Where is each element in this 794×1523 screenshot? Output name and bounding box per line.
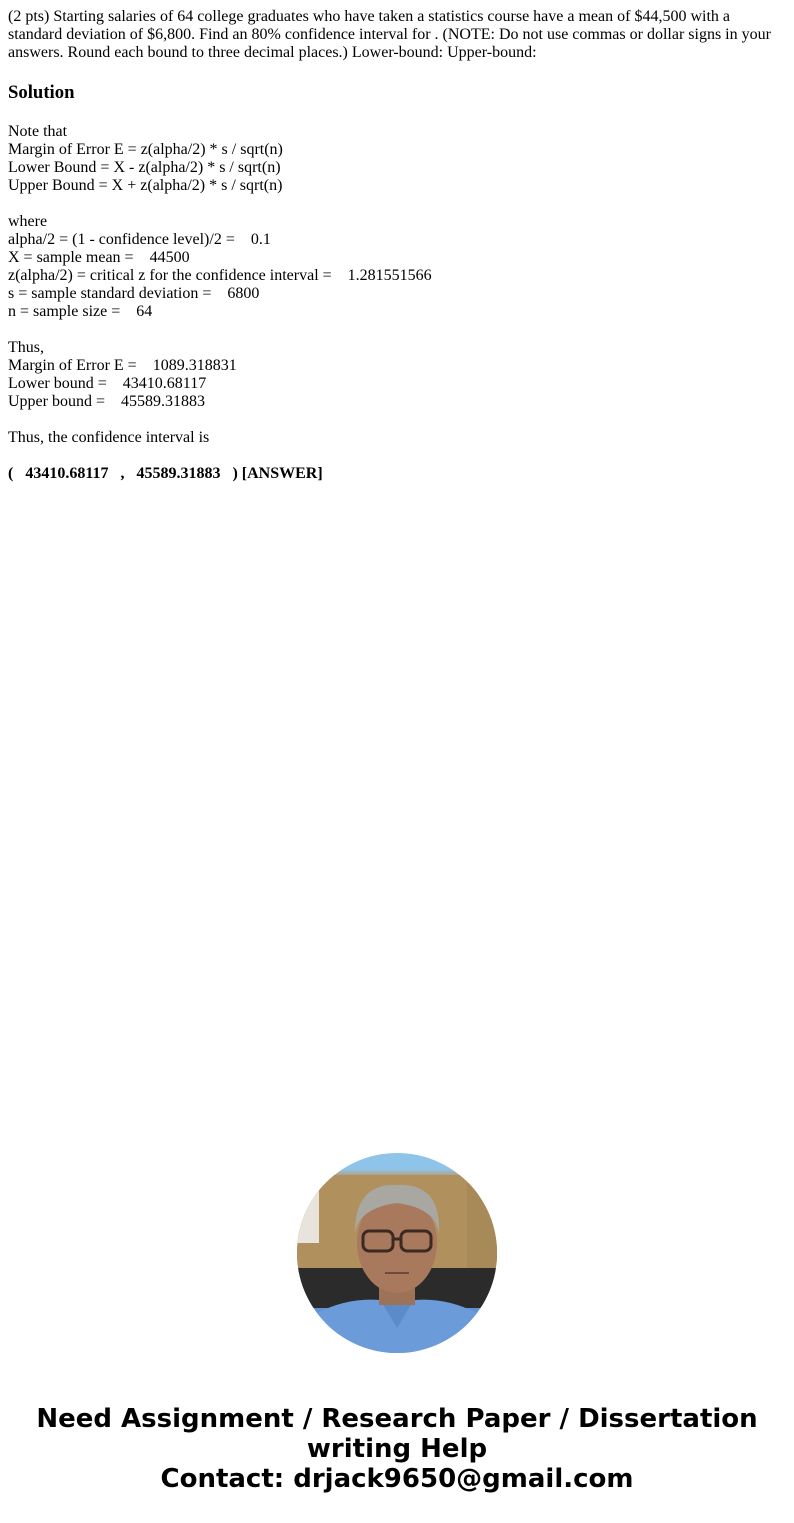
final-answer: ( 43410.68117 , 45589.31883 ) [ANSWER] xyxy=(8,465,788,483)
author-avatar xyxy=(297,1153,497,1353)
variables-block: where alpha/2 = (1 - confidence level)/2… xyxy=(8,213,788,321)
results-block: Thus, Margin of Error E = 1089.318831 Lo… xyxy=(8,339,788,411)
thus-label: Thus, xyxy=(8,339,788,357)
formula-line: Upper Bound = X + z(alpha/2) * s / sqrt(… xyxy=(8,177,788,195)
conclusion-text: Thus, the confidence interval is xyxy=(8,429,788,447)
formula-line: Note that xyxy=(8,123,788,141)
document-body: (2 pts) Starting salaries of 64 college … xyxy=(8,8,788,483)
portrait-icon xyxy=(297,1153,497,1353)
spacer xyxy=(8,447,788,465)
result-line: Lower bound = 43410.68117 xyxy=(8,375,788,393)
promo-line: Need Assignment / Research Paper / Disse… xyxy=(0,1404,794,1434)
formula-block: Note that Margin of Error E = z(alpha/2)… xyxy=(8,123,788,195)
result-line: Upper bound = 45589.31883 xyxy=(8,393,788,411)
promo-banner: Need Assignment / Research Paper / Disse… xyxy=(0,1404,794,1494)
variable-line: X = sample mean = 44500 xyxy=(8,249,788,267)
variable-line: s = sample standard deviation = 6800 xyxy=(8,285,788,303)
result-line: Margin of Error E = 1089.318831 xyxy=(8,357,788,375)
where-label: where xyxy=(8,213,788,231)
variable-line: alpha/2 = (1 - confidence level)/2 = 0.1 xyxy=(8,231,788,249)
question-text: (2 pts) Starting salaries of 64 college … xyxy=(8,8,788,62)
promo-line: writing Help xyxy=(0,1434,794,1464)
spacer xyxy=(8,321,788,339)
spacer xyxy=(8,411,788,429)
formula-line: Margin of Error E = z(alpha/2) * s / sqr… xyxy=(8,141,788,159)
contact-line: Contact: drjack9650@gmail.com xyxy=(0,1464,794,1494)
spacer xyxy=(8,195,788,213)
variable-line: z(alpha/2) = critical z for the confiden… xyxy=(8,267,788,285)
variable-line: n = sample size = 64 xyxy=(8,303,788,321)
solution-heading: Solution xyxy=(8,82,788,104)
formula-line: Lower Bound = X - z(alpha/2) * s / sqrt(… xyxy=(8,159,788,177)
